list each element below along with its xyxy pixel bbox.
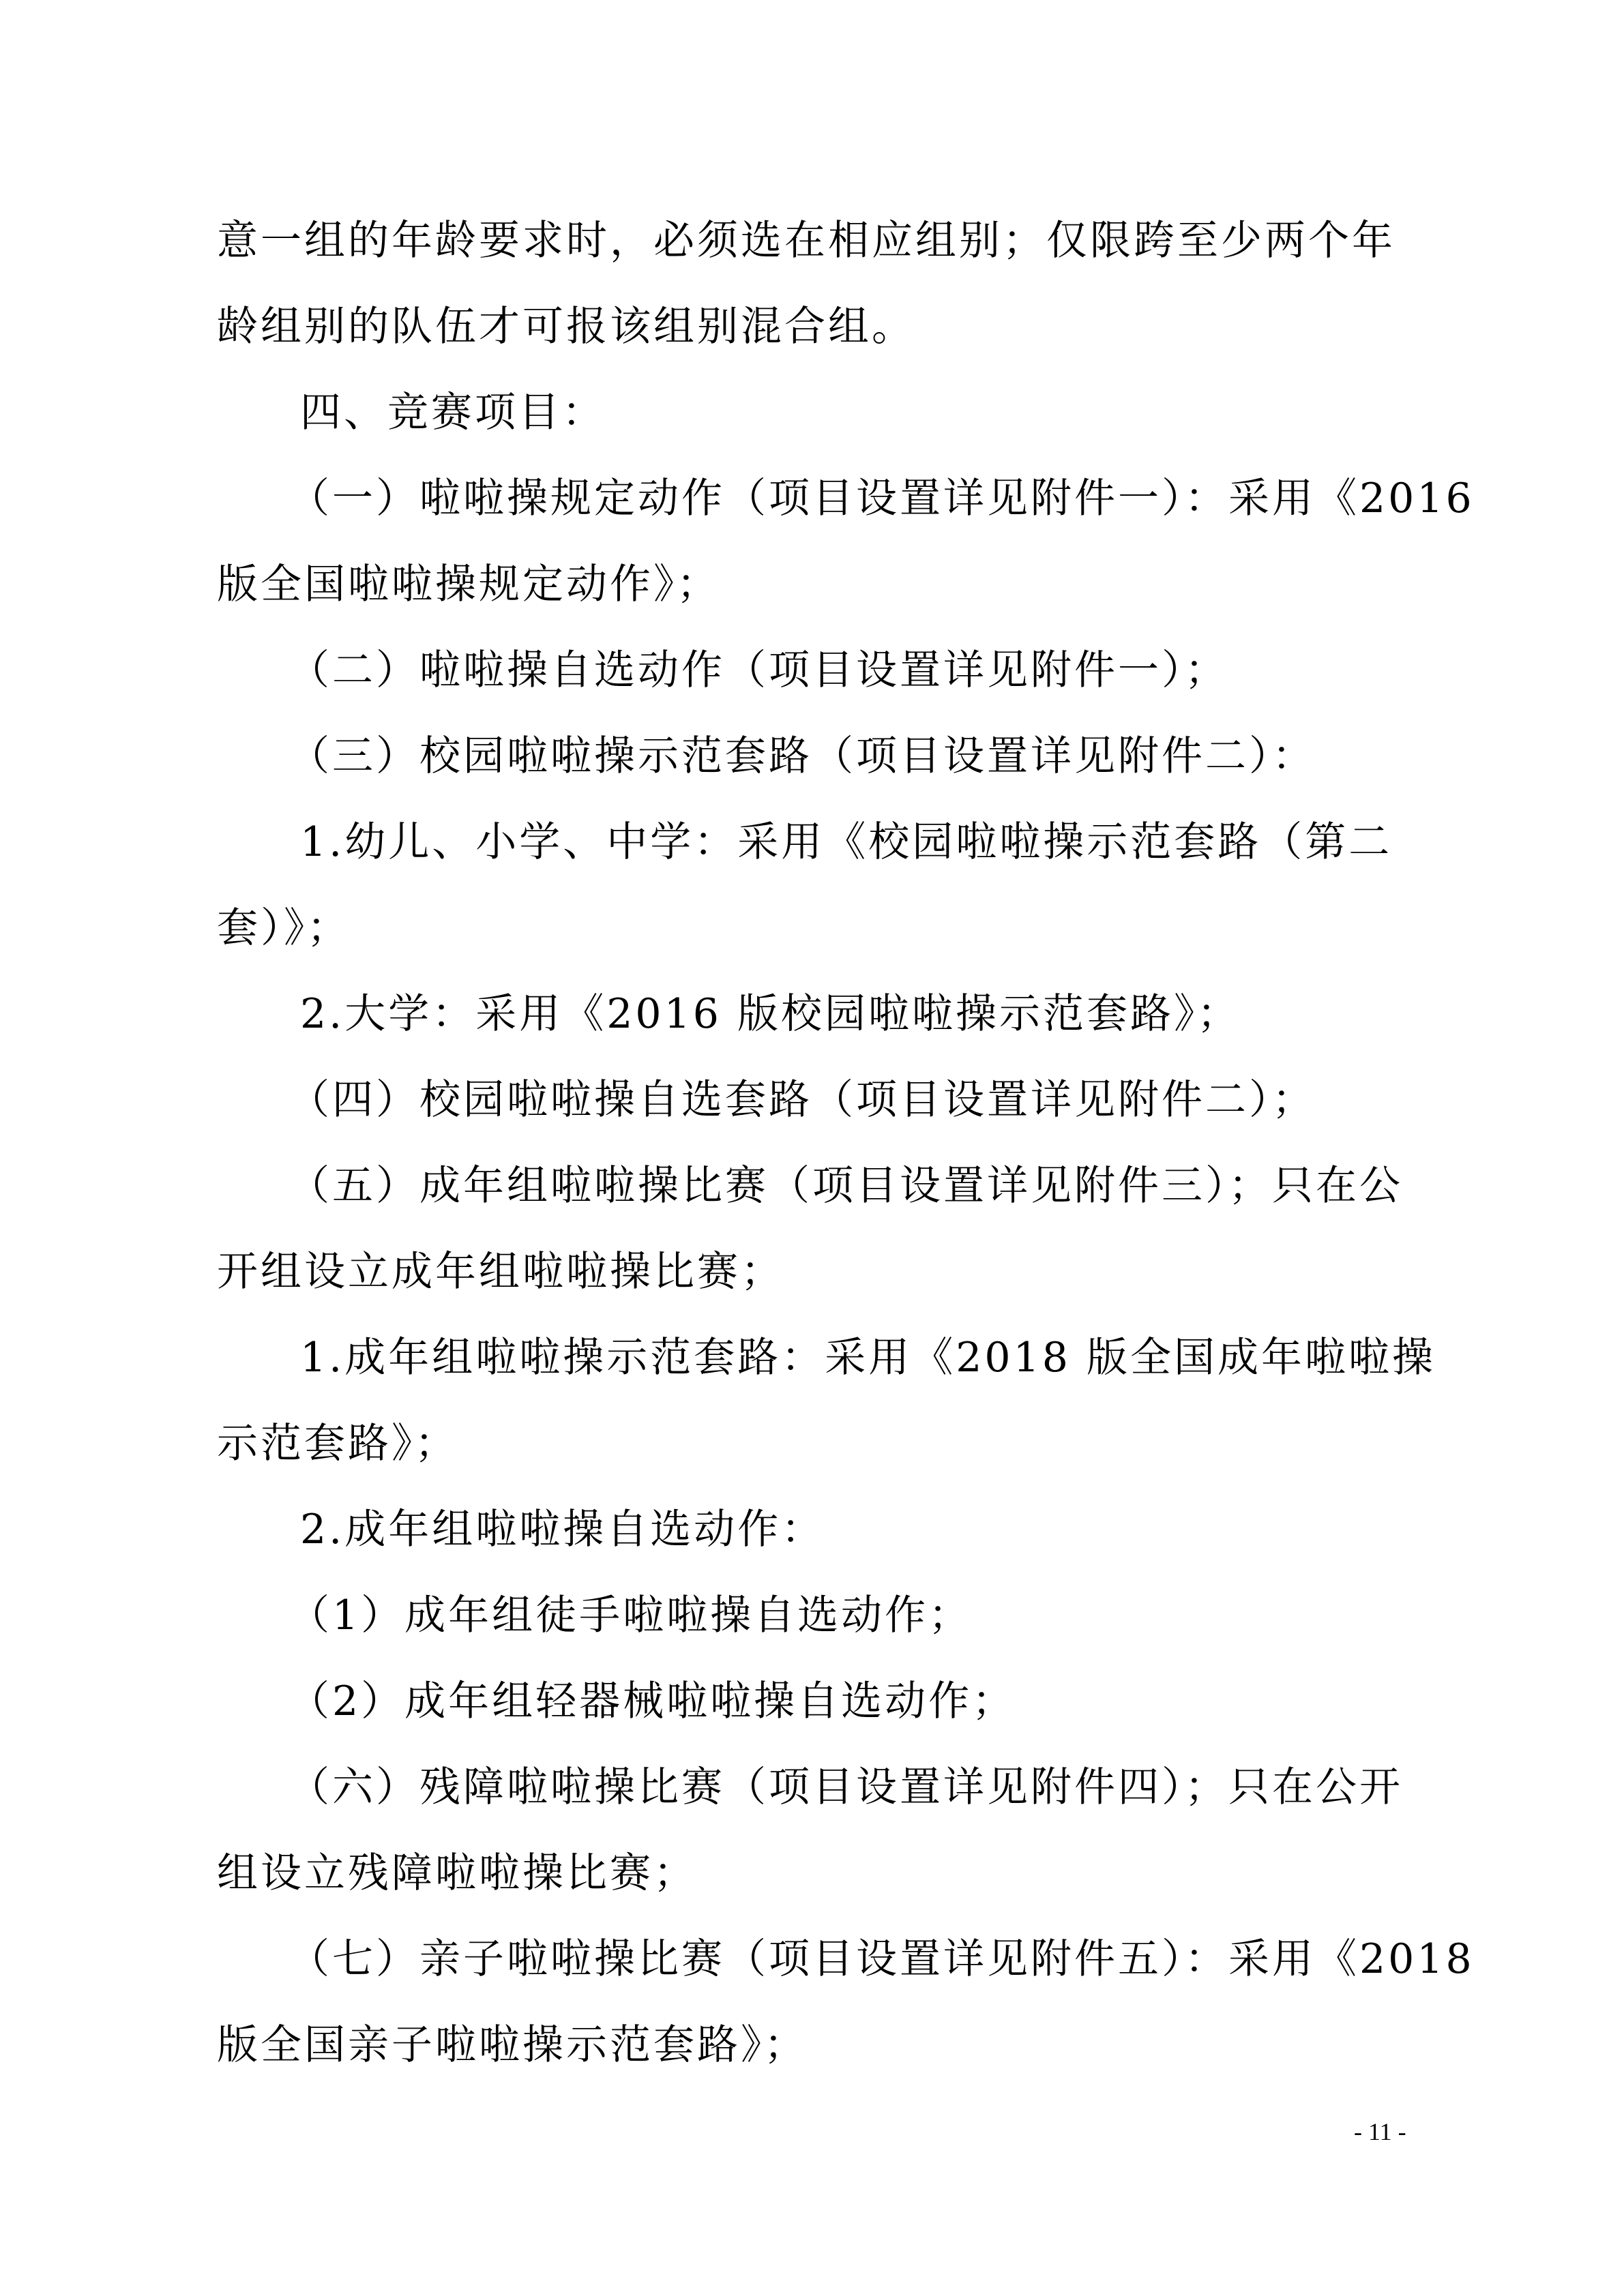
text-line: 开组设立成年组啦啦操比赛； (217, 1229, 1417, 1315)
body-text: 意一组的年龄要求时，必须选在相应组别；仅限跨至少两个年 龄组别的队伍才可报该组别… (217, 198, 1417, 2088)
list-item: （二）啦啦操自选动作（项目设置详见附件一）； (217, 627, 1417, 713)
text-line: 示范套路》； (217, 1401, 1417, 1487)
list-item: （七）亲子啦啦操比赛（项目设置详见附件五）：采用《2018 (217, 1916, 1417, 2002)
text-line: 组设立残障啦啦操比赛； (217, 1830, 1417, 1916)
text-line: 意一组的年龄要求时，必须选在相应组别；仅限跨至少两个年 (217, 198, 1417, 284)
list-item: （六）残障啦啦操比赛（项目设置详见附件四）；只在公开 (217, 1744, 1417, 1830)
text-line: 套）》； (217, 885, 1417, 971)
sub-sub-list-item: （2）成年组轻器械啦啦操自选动作； (217, 1658, 1417, 1744)
section-heading: 四、竞赛项目： (217, 370, 1417, 456)
sub-list-item: 1.成年组啦啦操示范套路：采用《2018 版全国成年啦啦操 (217, 1315, 1417, 1401)
page-number: - 11 - (1354, 2117, 1406, 2146)
list-item: （四）校园啦啦操自选套路（项目设置详见附件二）； (217, 1057, 1417, 1143)
sub-sub-list-item: （1）成年组徒手啦啦操自选动作； (217, 1572, 1417, 1658)
document-page: 意一组的年龄要求时，必须选在相应组别；仅限跨至少两个年 龄组别的队伍才可报该组别… (0, 0, 1624, 2296)
list-item: （一）啦啦操规定动作（项目设置详见附件一）：采用《2016 (217, 456, 1417, 541)
text-line: 版全国亲子啦啦操示范套路》； (217, 2002, 1417, 2088)
text-line: 龄组别的队伍才可报该组别混合组。 (217, 284, 1417, 370)
sub-list-item: 1.幼儿、小学、中学：采用《校园啦啦操示范套路（第二 (217, 799, 1417, 885)
text-line: 版全国啦啦操规定动作》； (217, 541, 1417, 627)
list-item: （三）校园啦啦操示范套路（项目设置详见附件二）： (217, 713, 1417, 799)
list-item: （五）成年组啦啦操比赛（项目设置详见附件三）；只在公 (217, 1143, 1417, 1229)
sub-list-item: 2.成年组啦啦操自选动作： (217, 1487, 1417, 1572)
sub-list-item: 2.大学：采用《2016 版校园啦啦操示范套路》； (217, 971, 1417, 1057)
